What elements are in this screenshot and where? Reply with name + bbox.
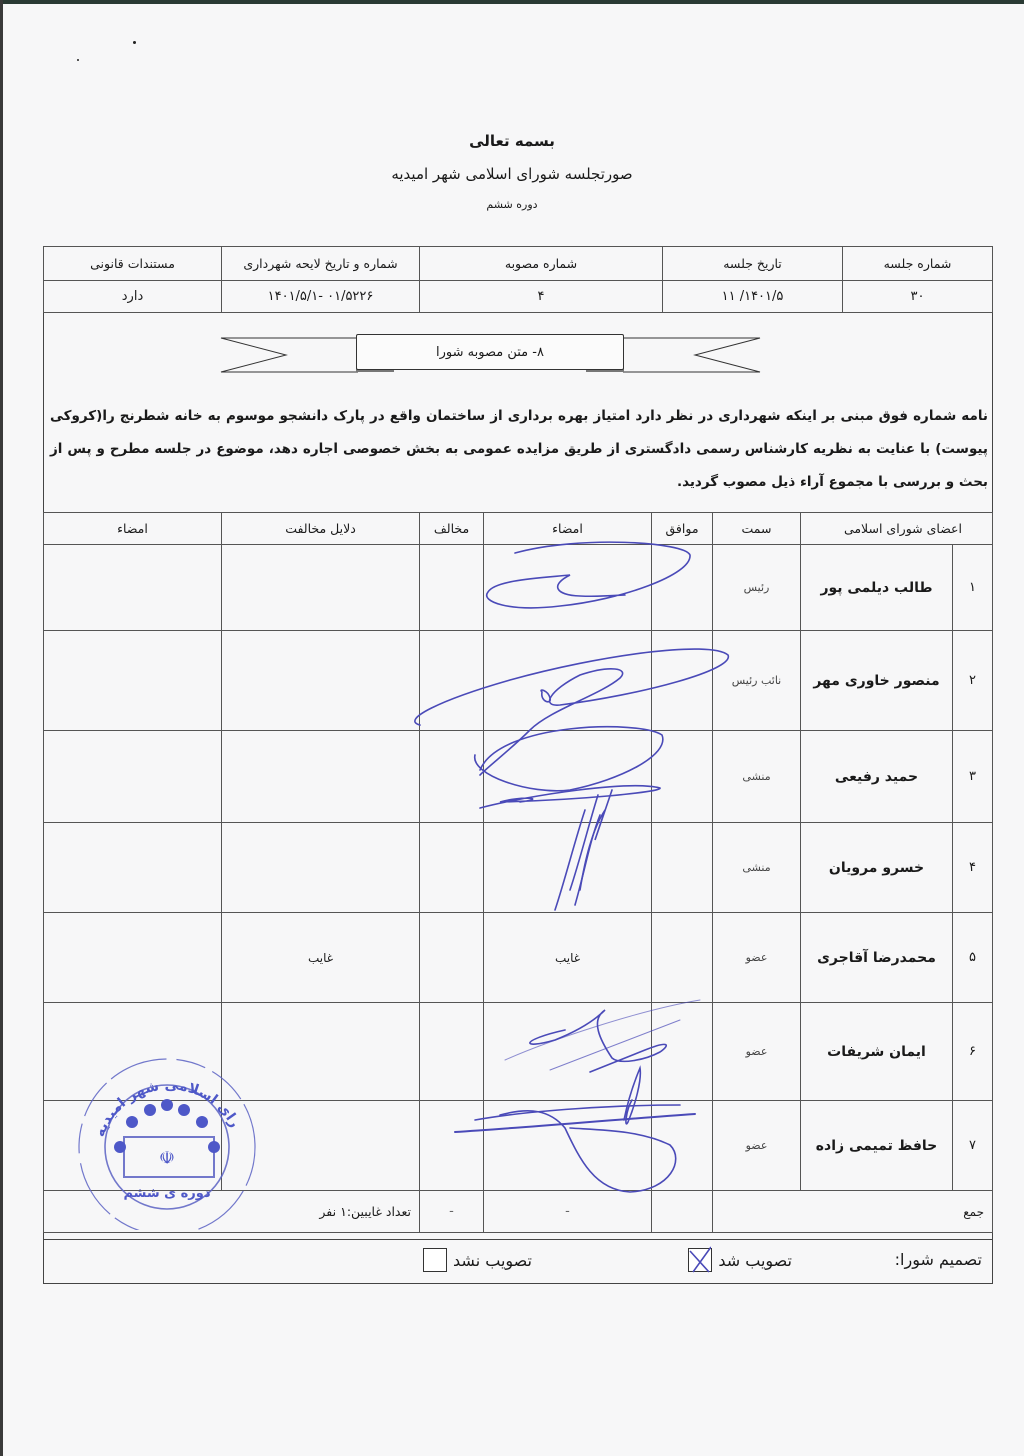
member-role: منشی xyxy=(712,730,801,823)
agree-sign-cell xyxy=(483,730,652,823)
meta-header-legal-docs: مستندات قانونی xyxy=(43,246,222,281)
meta-header-session-number: شماره جلسه xyxy=(842,246,993,281)
oppose-sign-cell xyxy=(43,912,222,1003)
rejected-option[interactable]: تصویب نشد xyxy=(423,1248,532,1272)
reasons-cell xyxy=(221,1100,420,1191)
reasons-cell xyxy=(221,1002,420,1101)
meta-header-bill-number-date: شماره و تاریخ لایحه شهرداری xyxy=(221,246,420,281)
member-name: محمدرضا آقاجری xyxy=(800,912,953,1003)
oppose-cell xyxy=(419,1100,484,1191)
scan-speck xyxy=(77,59,79,61)
row-number: ۱ xyxy=(952,544,993,631)
col-header-members: اعضای شورای اسلامی xyxy=(800,512,993,545)
reasons-cell xyxy=(221,630,420,731)
totals-agree-sign: - xyxy=(483,1190,652,1233)
oppose-cell xyxy=(419,822,484,913)
oppose-cell xyxy=(419,544,484,631)
member-name: منصور خاوری مهر xyxy=(800,630,953,731)
col-header-role: سمت xyxy=(712,512,801,545)
agree-sign-cell xyxy=(483,1002,652,1101)
decision-label: تصمیم شورا: xyxy=(895,1250,982,1269)
invocation: بسمه تعالی xyxy=(0,132,1024,150)
col-header-agree: موافق xyxy=(651,512,713,545)
agree-cell xyxy=(651,730,713,823)
approved-label: تصویب شد xyxy=(718,1251,792,1270)
row-number: ۵ xyxy=(952,912,993,1003)
resolution-text: نامه شماره فوق مبنی بر اینکه شهرداری در … xyxy=(50,400,988,499)
meta-resolution-number: ۴ xyxy=(419,280,663,313)
agree-cell xyxy=(651,544,713,631)
member-name: خسرو مرویان xyxy=(800,822,953,913)
meta-legal-docs: دارد xyxy=(43,280,222,313)
council-decision: تصمیم شورا: تصویب شد تصویب نشد xyxy=(43,1239,993,1284)
meta-header-resolution-number: شماره مصوبه xyxy=(419,246,663,281)
col-header-agree-sign: امضاء xyxy=(483,512,652,545)
oppose-sign-cell xyxy=(43,1100,222,1191)
reasons-cell: غایب xyxy=(221,912,420,1003)
member-name: حافظ تمیمی زاده xyxy=(800,1100,953,1191)
row-number: ۷ xyxy=(952,1100,993,1191)
agree-cell xyxy=(651,1002,713,1101)
member-role: رئیس xyxy=(712,544,801,631)
totals-label: جمع xyxy=(712,1190,993,1233)
oppose-sign-cell xyxy=(43,1002,222,1101)
meta-session-date: ۱۴۰۱/۵/ ۱۱ xyxy=(662,280,843,313)
member-name: ایمان شریفات xyxy=(800,1002,953,1101)
member-name: طالب دیلمی پور xyxy=(800,544,953,631)
approved-option[interactable]: تصویب شد xyxy=(688,1248,792,1272)
oppose-sign-cell xyxy=(43,822,222,913)
rejected-label: تصویب نشد xyxy=(453,1251,532,1270)
row-number: ۶ xyxy=(952,1002,993,1101)
reasons-cell xyxy=(221,730,420,823)
oppose-cell xyxy=(419,630,484,731)
agree-sign-cell xyxy=(483,630,652,731)
agree-cell xyxy=(651,912,713,1003)
scan-border-top xyxy=(0,0,1024,4)
col-header-oppose: مخالف xyxy=(419,512,484,545)
col-header-reasons: دلایل مخالفت xyxy=(221,512,420,545)
document-title: صورتجلسه شورای اسلامی شهر امیدیه xyxy=(0,165,1024,183)
agree-cell xyxy=(651,822,713,913)
oppose-sign-cell xyxy=(43,544,222,631)
agree-cell xyxy=(651,630,713,731)
row-number: ۳ xyxy=(952,730,993,823)
row-number: ۲ xyxy=(952,630,993,731)
oppose-cell xyxy=(419,730,484,823)
approved-checkbox[interactable] xyxy=(688,1248,712,1272)
reasons-cell xyxy=(221,544,420,631)
section-banner: ۸- متن مصوبه شورا xyxy=(356,334,624,370)
agree-cell xyxy=(651,1100,713,1191)
member-role: عضو xyxy=(712,1002,801,1101)
totals-agree xyxy=(651,1190,713,1233)
member-name: حمید رفیعی xyxy=(800,730,953,823)
col-header-oppose-sign: امضاء xyxy=(43,512,222,545)
meta-session-number: ۳۰ xyxy=(842,280,993,313)
oppose-cell xyxy=(419,912,484,1003)
member-role: عضو xyxy=(712,1100,801,1191)
member-role: عضو xyxy=(712,912,801,1003)
row-number: ۴ xyxy=(952,822,993,913)
oppose-cell xyxy=(419,1002,484,1101)
agree-sign-cell xyxy=(483,1100,652,1191)
meta-header-session-date: تاریخ جلسه xyxy=(662,246,843,281)
member-role: منشی xyxy=(712,822,801,913)
check-x-icon xyxy=(687,1245,711,1273)
term-label: دوره ششم xyxy=(0,198,1024,211)
oppose-sign-cell xyxy=(43,730,222,823)
reasons-cell xyxy=(221,822,420,913)
meta-bill-number-date: ۰۱/۵۲۲۶ -۱۴۰۱/۵/۱ xyxy=(221,280,420,313)
rejected-checkbox[interactable] xyxy=(423,1248,447,1272)
scan-speck xyxy=(133,41,136,44)
agree-sign-cell: غایب xyxy=(483,912,652,1003)
agree-sign-cell xyxy=(483,822,652,913)
agree-sign-cell xyxy=(483,544,652,631)
oppose-sign-cell xyxy=(43,630,222,731)
totals-oppose: - xyxy=(419,1190,484,1233)
absent-count: تعداد غایبین:۱ نفر xyxy=(43,1190,420,1233)
scan-border-left xyxy=(0,0,3,1456)
member-role: نائب رئیس xyxy=(712,630,801,731)
